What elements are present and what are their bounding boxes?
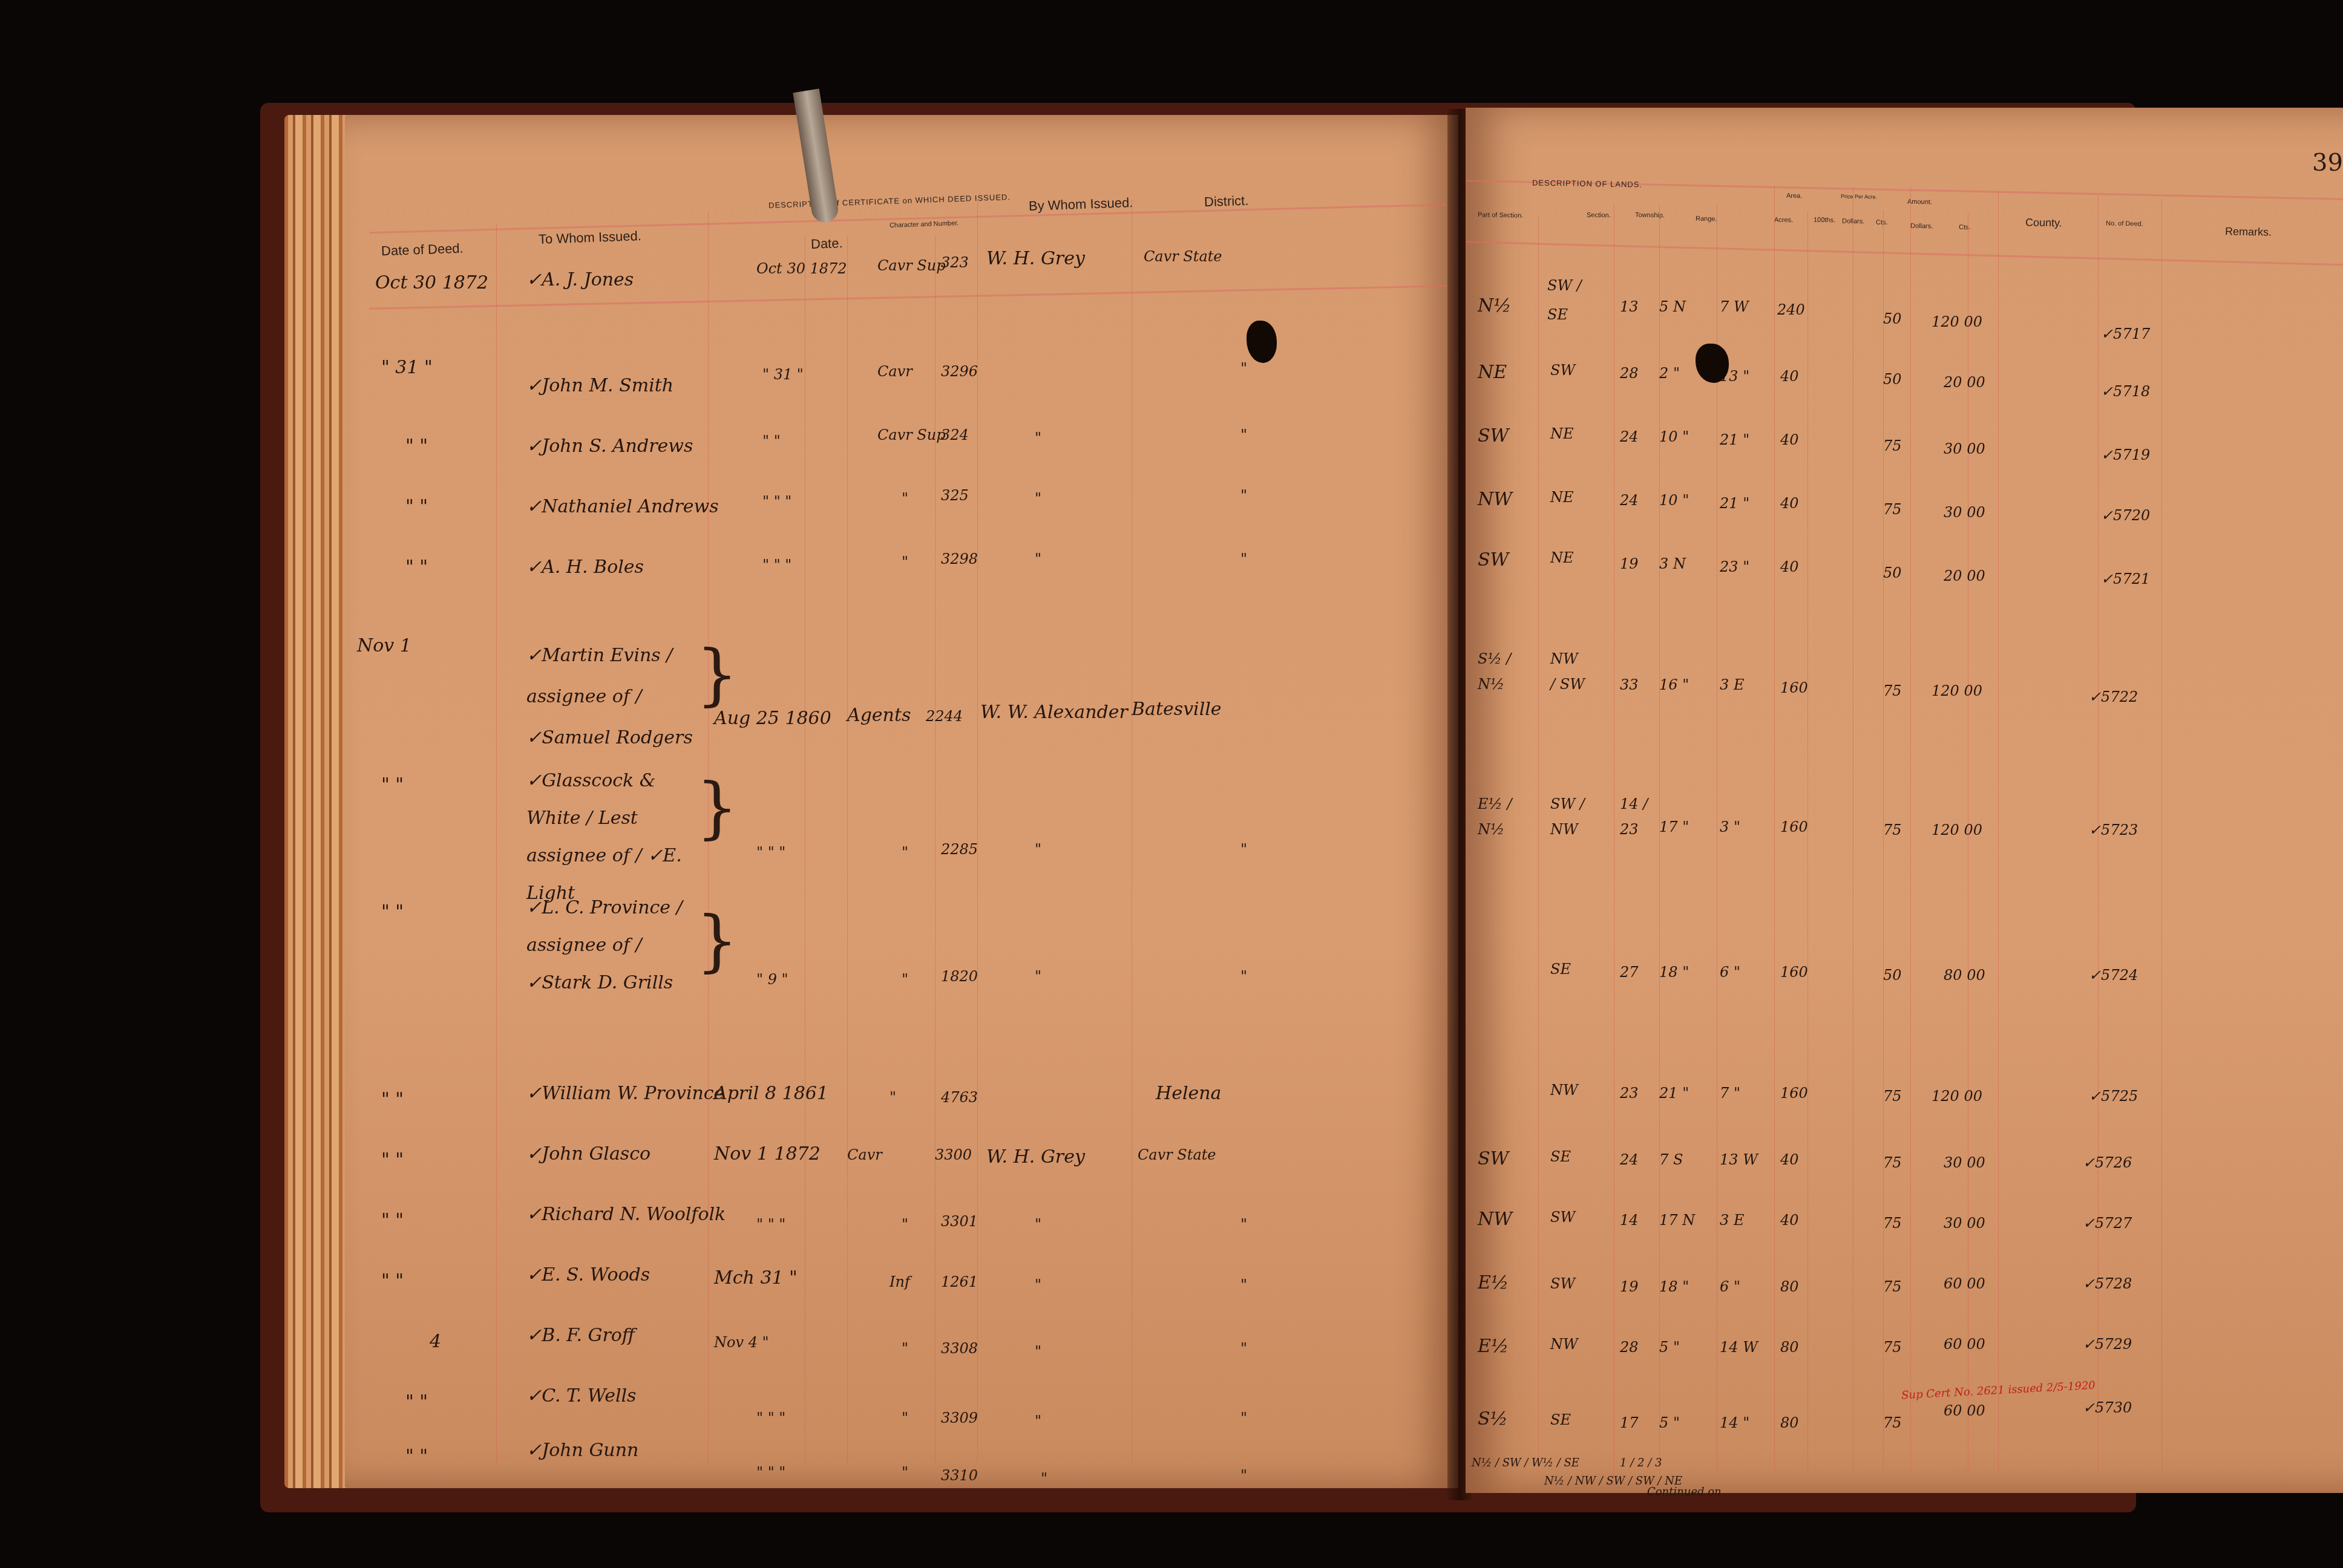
deed-number: ✓5726 (2083, 1154, 2132, 1171)
date-of-deed: " 31 " (381, 357, 433, 378)
amount: 20 00 (1944, 374, 1985, 391)
lands-row-14: Sup Cert No. 2621 issued 2/5-1920 S½ SE … (1466, 1384, 2343, 1445)
township: 5 " (1659, 1414, 1680, 1431)
township: 16 " (1659, 676, 1689, 693)
ledger-row-11: " " ✓Richard N. Woolfolk " " " " 3301 " … (345, 1204, 1458, 1264)
acres: 160 (1780, 679, 1808, 696)
issued-by: W. W. Alexander (980, 702, 1128, 723)
ledger-row-4: " " ✓Nathaniel Andrews " " " " 325 " " (345, 484, 1458, 544)
district: " (1240, 1410, 1247, 1426)
amount: 30 00 (1944, 504, 1985, 521)
cert-date: " " " (756, 1464, 785, 1481)
part-of-section: SW (1478, 1148, 1509, 1169)
part-of-section: E½ / N½ (1478, 791, 1514, 842)
quarter: SW / NW (1550, 791, 1587, 842)
cert-date: " " (762, 433, 781, 449)
cert-character: " (890, 1089, 896, 1106)
header-price-cents: Cts. (1876, 219, 1888, 226)
cert-date: " " " (762, 557, 791, 573)
township: 17 " (1659, 818, 1689, 835)
cert-number: 2244 (926, 708, 963, 725)
township: 5 " (1659, 1339, 1680, 1356)
lands-row-9: NW 23 21 " 7 " 160 75 120 00 ✓5725 (1466, 1082, 2343, 1142)
ledger-row-8: " " ✓L. C. Province / assignee of / ✓Sta… (345, 883, 1458, 1004)
range: 21 " (1720, 431, 1749, 448)
range: 13 W (1720, 1151, 1758, 1168)
header-section: Section. (1587, 212, 1611, 220)
cert-date: Aug 25 1860 (714, 708, 831, 729)
district: Cavr State (1144, 248, 1222, 265)
ledger-row-15: " " ✓John Gunn " " " " 3310 " " (345, 1446, 1458, 1506)
township: 3 N (1659, 555, 1686, 572)
date-of-deed: 4 (430, 1331, 441, 1352)
ledger-row-10: " " ✓John Glasco Nov 1 1872 Cavr 3300 W.… (345, 1143, 1458, 1204)
deed-number: ✓5719 (2101, 446, 2150, 463)
range: 6 " (1720, 1278, 1740, 1295)
quarter: NW (1550, 1082, 1578, 1099)
district: " (1240, 1276, 1247, 1293)
lands-row-7: E½ / N½ SW / NW 14 / 23 17 " 3 " 160 75 … (1466, 761, 2343, 870)
amount: 120 00 (1932, 822, 1982, 838)
header-district: District. (1204, 193, 1249, 211)
part-of-section: N½ / SW / W½ / SE (1472, 1457, 1579, 1469)
lands-row-11: NW SW 14 17 N 3 E 40 75 30 00 ✓5727 (1466, 1203, 2343, 1263)
district: " (1240, 841, 1247, 858)
part-of-section: NW (1478, 1209, 1512, 1230)
part-of-section: E½ (1478, 1336, 1509, 1357)
ledger-row-7: " " ✓Glasscock & White / Lest assignee o… (345, 756, 1458, 877)
district: Cavr State (1138, 1146, 1216, 1163)
cert-date: Nov 1 1872 (714, 1143, 821, 1165)
lands-row-2: NE SW 28 2 " 13 " 40 50 20 00 ✓5718 (1466, 350, 2343, 410)
deed-number: ✓5723 (2089, 822, 2138, 838)
ledger-row-5: " " ✓A. H. Boles " " " " 3298 " " (345, 544, 1458, 605)
amount: 20 00 (1944, 567, 1985, 584)
amount: 120 00 (1932, 682, 1982, 699)
grantee: ✓John S. Andrews (526, 436, 693, 457)
acres: 40 (1780, 1151, 1799, 1168)
district: Batesville (1132, 699, 1222, 720)
price-per-acre: 75 (1883, 682, 1902, 699)
header-rule-top (369, 204, 1446, 234)
header-hundredths: 100ths. (1814, 217, 1835, 224)
grantee: ✓Martin Evins / assignee of / ✓Samuel Ro… (526, 635, 708, 759)
cert-character: " (902, 554, 908, 570)
part-of-section: S½ / N½ (1478, 646, 1514, 697)
cert-number: 323 (941, 254, 969, 271)
issued-by: " (1035, 430, 1041, 446)
district: " (1240, 968, 1247, 985)
amount: 80 00 (1944, 967, 1985, 984)
cert-date: " " " (762, 493, 791, 510)
header-amount: Amount. (1907, 198, 1932, 206)
issued-by: " (1035, 1276, 1041, 1293)
header-area: Area. (1786, 192, 1803, 200)
township: 5 N (1659, 298, 1686, 315)
header-by-whom-issued: By Whom Issued. (1029, 195, 1133, 214)
header-cert-date: Date. (811, 235, 843, 252)
range: 3 " (1720, 818, 1740, 835)
acres: 80 (1780, 1414, 1799, 1431)
date-of-deed: " " (381, 1270, 404, 1292)
quarter: NW (1550, 1336, 1578, 1353)
header-description-of-certificate: DESCRIPTION of CERTIFICATE on WHICH DEED… (768, 192, 1011, 210)
header-amount-dollars: Dollars. (1910, 223, 1933, 230)
cert-character: Cavr Sup (877, 257, 946, 274)
acres: 80 (1780, 1339, 1799, 1356)
amount: 30 00 (1944, 440, 1985, 457)
date-of-deed: " " (381, 774, 404, 795)
deed-number: ✓5728 (2083, 1275, 2132, 1292)
issued-by: " (1035, 1216, 1041, 1233)
acres: 40 (1780, 495, 1799, 512)
brace: } (696, 774, 738, 841)
header-remarks: Remarks. (2225, 225, 2272, 238)
price-per-acre: 75 (1883, 1278, 1902, 1295)
price-per-acre: 75 (1883, 1088, 1902, 1105)
grantee: ✓John Gunn (526, 1440, 638, 1461)
deed-number: ✓5729 (2083, 1336, 2132, 1353)
issued-by: W. H. Grey (986, 1146, 1085, 1168)
grantee: ✓William W. Province (526, 1083, 724, 1104)
township: 18 " (1659, 964, 1689, 981)
price-per-acre: 50 (1883, 564, 1902, 581)
lands-row-10: SW SE 24 7 S 13 W 40 75 30 00 ✓5726 (1466, 1142, 2343, 1203)
district: " (1240, 426, 1247, 443)
amount: 30 00 (1944, 1154, 1985, 1171)
range: 7 " (1720, 1085, 1740, 1102)
cert-character: " (902, 1464, 908, 1481)
cert-character: Cavr Sup (877, 426, 946, 443)
issued-by: " (1035, 1413, 1041, 1429)
deed-number: ✓5722 (2089, 688, 2138, 705)
cert-date: Nov 4 " (714, 1334, 769, 1351)
date-of-deed: " " (405, 496, 428, 517)
acres: 40 (1780, 558, 1799, 575)
header-no-of-deed: No. of Deed. (2106, 220, 2143, 227)
header-acres: Acres. (1774, 217, 1793, 224)
quarter: NE (1550, 425, 1574, 442)
price-per-acre: 75 (1883, 1215, 1902, 1232)
quarter: NE (1550, 489, 1574, 506)
price-per-acre: 75 (1883, 822, 1902, 838)
cert-date: " " " (756, 1410, 785, 1426)
cert-date: " " " (756, 1216, 785, 1233)
grantee: ✓A. H. Boles (526, 557, 644, 578)
date-of-deed: " " (405, 1391, 428, 1413)
range: 6 " (1720, 964, 1740, 981)
cert-character: " (902, 1216, 908, 1233)
deed-number: ✓5720 (2101, 507, 2150, 524)
header-amount-cents: Cts. (1959, 224, 1971, 231)
cert-number: 2285 (941, 841, 978, 858)
lands-row-6: S½ / N½ NW / SW 33 16 " 3 E 160 75 120 0… (1466, 634, 2343, 743)
part-of-section: S½ (1478, 1408, 1508, 1429)
ledger-row-13: 4 ✓B. F. Groff Nov 4 " " 3308 " " (345, 1325, 1458, 1385)
header-date-of-deed: Date of Deed. (381, 241, 464, 260)
date-of-deed: " " (381, 1089, 404, 1110)
quarter: SE (1550, 961, 1571, 978)
cert-number: 1820 (941, 968, 978, 985)
amount: 120 00 (1932, 1088, 1982, 1105)
part-of-section: E½ (1478, 1272, 1509, 1293)
cert-number: 3309 (941, 1410, 978, 1426)
issued-by: " (1035, 968, 1041, 985)
date-of-deed: " " (405, 1446, 428, 1467)
ledger-row-6: Nov 1 ✓Martin Evins / assignee of / ✓Sam… (345, 629, 1458, 750)
township: 10 " (1659, 492, 1689, 509)
cert-number: 3308 (941, 1340, 978, 1357)
acres: 40 (1780, 368, 1799, 385)
deed-number: ✓5718 (2101, 383, 2150, 400)
cert-number: 3298 (941, 550, 978, 567)
cert-character: Agents (847, 705, 911, 726)
amount: 60 00 (1944, 1402, 1985, 1419)
issued-by: " (1035, 490, 1041, 507)
header-price-per-acre: Price Per Acre. (1841, 193, 1877, 200)
price-per-acre: 75 (1883, 501, 1902, 518)
quarter: NW / SW (1550, 646, 1587, 697)
township: 18 " (1659, 1278, 1689, 1295)
lands-row-15: N½ / SW / W½ / SE N½ / NW / SW / SW / NE… (1466, 1439, 2343, 1499)
township: 17 N (1659, 1212, 1695, 1229)
cert-date: " 9 " (756, 971, 788, 988)
section: 24 (1620, 428, 1639, 445)
range: 21 " (1720, 495, 1749, 512)
section: 24 (1620, 1151, 1639, 1168)
date-of-deed: " " (405, 436, 428, 457)
range: 14 " (1720, 1414, 1749, 1431)
acres: 40 (1780, 1212, 1799, 1229)
deed-number: ✓5730 (2083, 1399, 2132, 1416)
deed-number: ✓5727 (2083, 1215, 2132, 1232)
deed-number: ✓5724 (2089, 967, 2138, 984)
date-of-deed: Nov 1 (357, 635, 411, 656)
amount: 30 00 (1944, 1215, 1985, 1232)
section: 27 (1620, 964, 1639, 981)
section: 19 (1620, 1278, 1639, 1295)
grantee: ✓Nathaniel Andrews (526, 496, 719, 517)
township: 2 " (1659, 365, 1680, 382)
section: 24 (1620, 492, 1639, 509)
date-of-deed: " " (405, 557, 428, 578)
quarter: NE (1550, 549, 1574, 566)
part-of-section: NE (1478, 362, 1507, 383)
grantee: ✓E. S. Woods (526, 1264, 650, 1285)
quarter: SW (1550, 1209, 1575, 1226)
cert-number: 1261 (941, 1273, 978, 1290)
grantee: ✓C. T. Wells (526, 1385, 637, 1406)
quarter: SE (1550, 1148, 1571, 1165)
section: 28 (1620, 365, 1639, 382)
issued-by: " (1035, 841, 1041, 858)
ledger-book: Date of Deed. To Whom Issued. DESCRIPTIO… (260, 91, 2136, 1530)
acres: 240 (1777, 301, 1805, 318)
brace: } (696, 907, 738, 974)
header-to-whom-issued: To Whom Issued. (539, 228, 642, 247)
township: 21 " (1659, 1085, 1689, 1102)
ledger-row-12: " " ✓E. S. Woods Mch 31 " Inf 1261 " " (345, 1264, 1458, 1325)
header-county: County. (2025, 216, 2062, 229)
grantee: ✓John M. Smith (526, 375, 673, 396)
district: " (1240, 360, 1247, 377)
cert-number: 324 (941, 426, 969, 443)
acres: 80 (1780, 1278, 1799, 1295)
district: " (1240, 1467, 1247, 1484)
acres: 160 (1780, 818, 1808, 835)
district: " (1240, 487, 1247, 504)
lands-row-13: E½ NW 28 5 " 14 W 80 75 60 00 ✓5729 (1466, 1324, 2343, 1384)
acres: 160 (1780, 964, 1808, 981)
price-per-acre: 75 (1883, 437, 1902, 454)
price-per-acre: 75 (1883, 1414, 1902, 1431)
cert-date: " 31 " (762, 366, 804, 383)
header-description-of-lands: DESCRIPTION OF LANDS. (1532, 178, 1642, 189)
grantee: ✓A. J. Jones (526, 269, 634, 290)
acres: 40 (1780, 431, 1799, 448)
range: 3 E (1720, 676, 1744, 693)
grantee: ✓Richard N. Woolfolk (526, 1204, 726, 1225)
part-of-section: NW (1478, 489, 1512, 510)
price-per-acre: 50 (1883, 967, 1902, 984)
district: " (1240, 1340, 1247, 1357)
price-per-acre: 50 (1883, 371, 1902, 388)
township: 10 " (1659, 428, 1689, 445)
cert-character: Inf (890, 1273, 910, 1290)
deed-number: ✓5717 (2101, 325, 2150, 342)
issued-by: " (1041, 1470, 1047, 1487)
section: 14 / 23 (1620, 791, 1656, 842)
deed-number: ✓5725 (2089, 1088, 2138, 1105)
amount: 120 00 (1932, 313, 1982, 330)
header-character-and-number: Character and Number. (890, 220, 959, 229)
ledger-row-14: " " ✓C. T. Wells " " " " 3309 " " (345, 1385, 1458, 1446)
lands-row-8: SE 27 18 " 6 " 160 50 80 00 ✓5724 (1466, 894, 2343, 967)
header-range: Range. (1696, 215, 1717, 223)
acres: 160 (1780, 1085, 1808, 1102)
ledger-row-3: " " ✓John S. Andrews " " Cavr Sup 324 " … (345, 423, 1458, 484)
lands-row-4: NW NE 24 10 " 21 " 40 75 30 00 ✓5720 (1466, 471, 2343, 531)
cert-character: " (902, 1410, 908, 1426)
cert-number: 3296 (941, 363, 978, 380)
page-number: 39 (2312, 149, 2343, 177)
quarter: SW (1550, 1275, 1575, 1292)
date-of-deed: " " (381, 901, 404, 923)
deed-number: ✓5721 (2101, 570, 2150, 587)
quarter: SW (1550, 362, 1575, 379)
issued-by: " (1035, 1343, 1041, 1360)
date-of-deed: Oct 30 1872 (375, 272, 488, 293)
price-per-acre: 50 (1883, 310, 1902, 327)
section: 19 (1620, 555, 1639, 572)
cert-number: 3310 (941, 1467, 978, 1484)
cert-date: Oct 30 1872 (756, 260, 847, 277)
section: 33 (1620, 676, 1639, 693)
cert-character: " (902, 844, 908, 861)
cert-date: April 8 1861 (714, 1083, 828, 1104)
part-of-section: SW (1478, 425, 1509, 446)
quarter: SW / SE (1547, 271, 1584, 329)
grantee: ✓John Glasco (526, 1143, 650, 1165)
section: 23 (1620, 1085, 1639, 1102)
ledger-row-9: " " ✓William W. Province April 8 1861 " … (345, 1083, 1458, 1143)
range: 7 W (1720, 298, 1749, 315)
price-per-acre: 75 (1883, 1339, 1902, 1356)
lands-row-1: N½ SW / SE 13 5 N 7 W 240 50 120 00 ✓571… (1466, 259, 2343, 332)
ledger-row-2: " 31 " ✓John M. Smith " 31 " Cavr 3296 " (345, 357, 1458, 417)
price-per-acre: 75 (1883, 1154, 1902, 1171)
cert-character: Cavr (847, 1146, 882, 1163)
date-of-deed: " " (381, 1149, 404, 1171)
amount: 60 00 (1944, 1275, 1985, 1292)
cert-character: " (902, 490, 908, 507)
cert-number: 4763 (941, 1089, 978, 1106)
header-township: Township. (1635, 212, 1665, 220)
amount: 60 00 (1944, 1336, 1985, 1353)
continued-note: Continued on (1647, 1486, 1722, 1498)
part-of-section: N½ (1478, 295, 1511, 316)
lands-row-5: SW NE 19 3 N 23 " 40 50 20 00 ✓5721 (1466, 531, 2343, 592)
range: 23 " (1720, 558, 1749, 575)
left-page: Date of Deed. To Whom Issued. DESCRIPTIO… (345, 115, 1458, 1488)
cert-character: Cavr (877, 363, 913, 380)
lands-row-12: E½ SW 19 18 " 6 " 80 75 60 00 ✓5728 (1466, 1263, 2343, 1324)
part-of-section: SW (1478, 549, 1509, 570)
section: 13 (1620, 298, 1639, 315)
district: " (1240, 550, 1247, 567)
issued-by: W. H. Grey (986, 248, 1085, 269)
cert-number: 3300 (935, 1146, 972, 1163)
right-page: 39 DESCRIPTION OF LANDS. Part of Section… (1466, 108, 2343, 1493)
date-of-deed: " " (381, 1210, 404, 1231)
district: Helena (1156, 1083, 1221, 1104)
issued-by: " (1035, 550, 1041, 567)
cert-character: " (902, 971, 908, 988)
cert-number: 325 (941, 487, 969, 504)
brace: } (696, 641, 738, 708)
grantee: ✓B. F. Groff (526, 1325, 635, 1346)
section: 28 (1620, 1339, 1639, 1356)
grantee: ✓L. C. Province / assignee of / ✓Stark D… (526, 889, 708, 1002)
section: 1 / 2 / 3 (1620, 1457, 1662, 1469)
ledger-row-1: Oct 30 1872 ✓A. J. Jones Oct 30 1872 Cav… (345, 272, 1458, 333)
section: 17 (1620, 1414, 1639, 1431)
district: " (1240, 1216, 1247, 1233)
cert-number: 3301 (941, 1213, 978, 1230)
quarter: SE (1550, 1411, 1571, 1428)
range: 3 E (1720, 1212, 1744, 1229)
lands-row-3: SW NE 24 10 " 21 " 40 75 30 00 ✓5719 (1466, 410, 2343, 471)
section: 14 (1620, 1212, 1639, 1229)
header-part-of-section: Part of Section. (1478, 211, 1523, 219)
cert-date: " " " (756, 844, 785, 861)
township: 7 S (1659, 1151, 1683, 1168)
cert-date: Mch 31 " (714, 1267, 798, 1289)
cert-character: " (902, 1340, 908, 1357)
range: 14 W (1720, 1339, 1758, 1356)
